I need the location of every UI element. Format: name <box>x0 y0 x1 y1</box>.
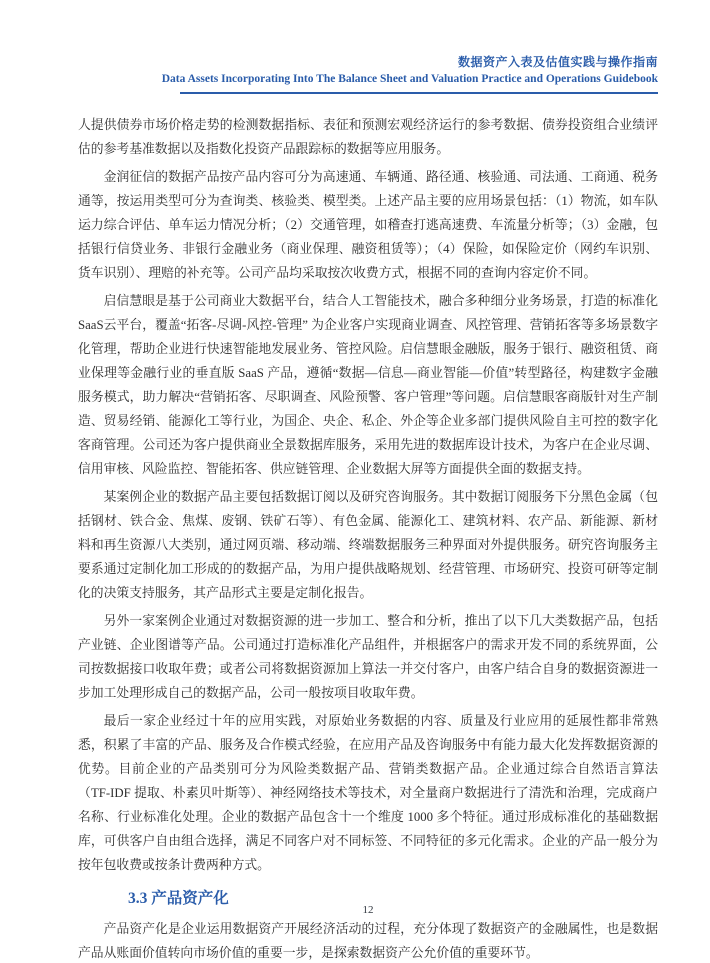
page-header: 数据资产入表及估值实践与操作指南 Data Assets Incorporati… <box>78 54 658 94</box>
paragraph: 启信慧眼是基于公司商业大数据平台，结合人工智能技术，融合多种细分业务场景，打造的… <box>78 289 658 481</box>
page-footer: 12 <box>78 904 658 916</box>
document-page: 数据资产入表及估值实践与操作指南 Data Assets Incorporati… <box>0 0 710 963</box>
paragraph: 金润征信的数据产品按产品内容可分为高速通、车辆通、路径通、核验通、司法通、工商通… <box>78 165 658 285</box>
paragraphs-container: 人提供债券市场价格走势的检测数据指标、表征和预测宏观经济运行的参考数据、债券投资… <box>78 113 658 877</box>
page-number: 12 <box>363 904 374 916</box>
paragraph: 最后一家企业经过十年的应用实践，对原始业务数据的内容、质量及行业应用的延展性都非… <box>78 709 658 877</box>
paragraph: 人提供债券市场价格走势的检测数据指标、表征和预测宏观经济运行的参考数据、债券投资… <box>78 113 658 161</box>
paragraph: 某案例企业的数据产品主要包括数据订阅以及研究咨询服务。其中数据订阅服务下分黑色金… <box>78 485 658 605</box>
closing-paragraph: 产品资产化是企业运用数据资产开展经济活动的过程，充分体现了数据资产的金融属性，也… <box>78 917 658 963</box>
paragraph: 另外一家案例企业通过对数据资源的进一步加工、整合和分析，推出了以下几大类数据产品… <box>78 609 658 705</box>
page-body: 人提供债券市场价格走势的检测数据指标、表征和预测宏观经济运行的参考数据、债券投资… <box>78 113 658 963</box>
header-title-en: Data Assets Incorporating Into The Balan… <box>78 71 658 88</box>
header-rule <box>180 92 658 94</box>
header-title-zh: 数据资产入表及估值实践与操作指南 <box>78 54 658 71</box>
